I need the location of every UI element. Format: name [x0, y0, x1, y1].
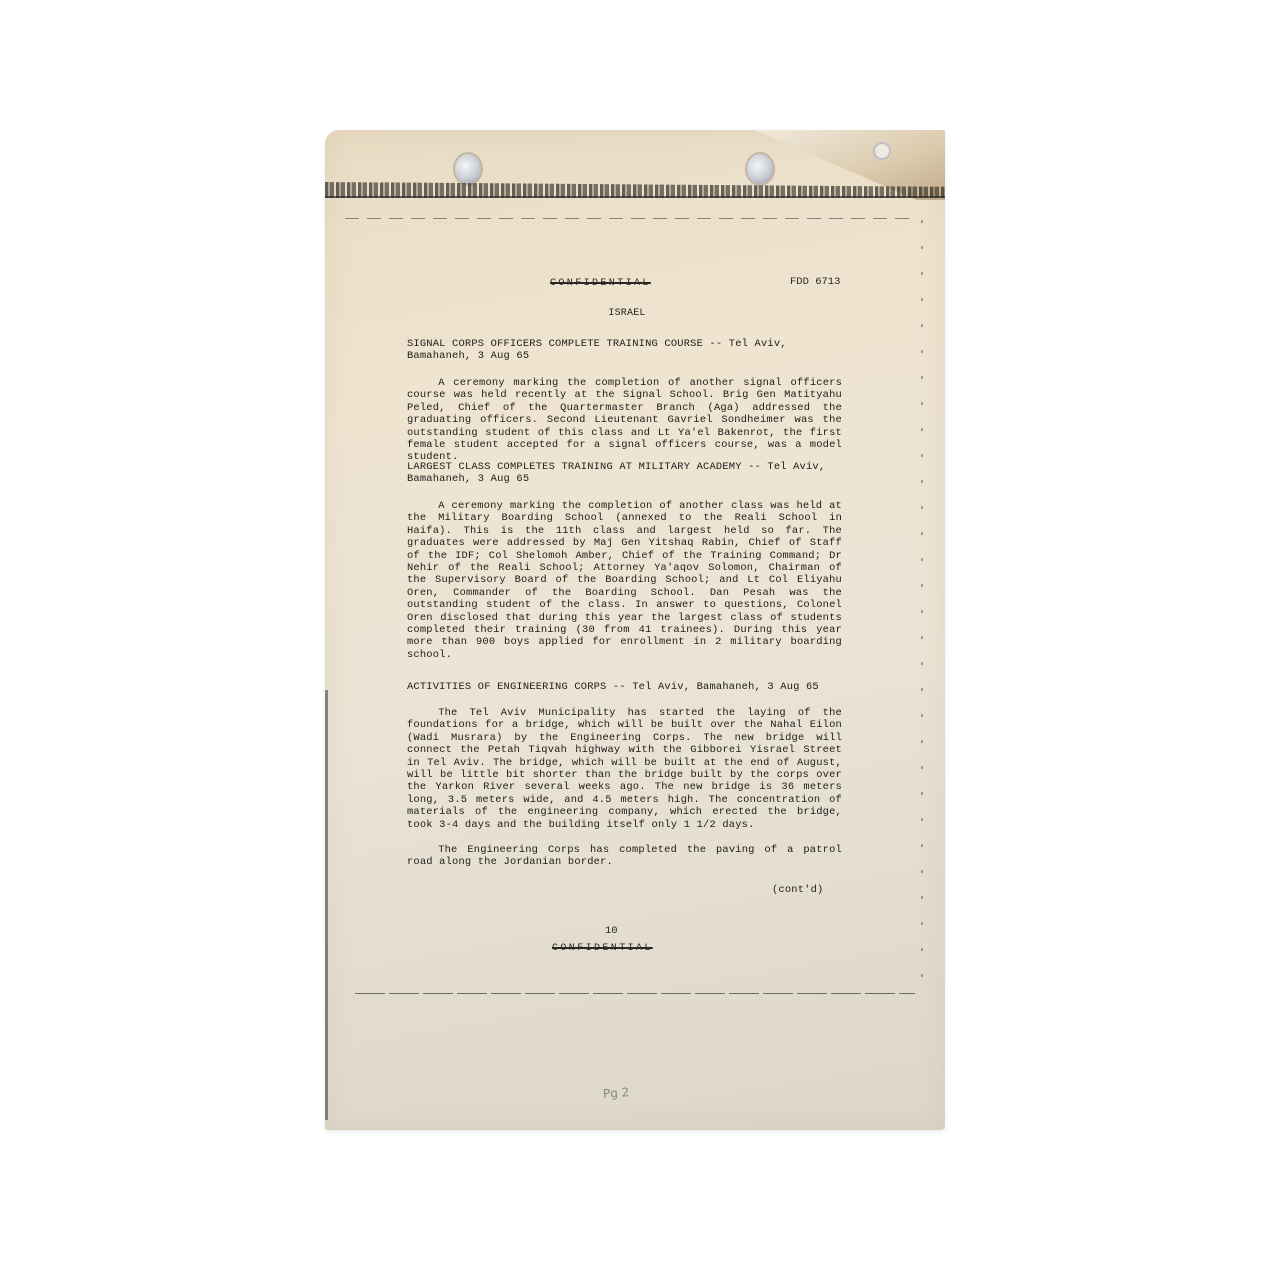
classification-header: CONFIDENTIAL: [550, 278, 651, 289]
article-3-headline: ACTIVITIES OF ENGINEERING CORPS -- Tel A…: [407, 681, 847, 693]
article-3-paragraph-2: The Engineering Corps has completed the …: [407, 844, 842, 869]
rivet-hole-icon: [873, 142, 891, 160]
classification-footer: CONFIDENTIAL: [552, 943, 653, 954]
page-edge-shadow: [325, 690, 328, 1120]
rivet-icon: [747, 154, 773, 184]
page-number: 10: [605, 925, 618, 937]
article-1-paragraph: A ceremony marking the completion of ano…: [407, 377, 842, 464]
article-3-paragraph-1: The Tel Aviv Municipality has started th…: [407, 707, 842, 831]
footer-rule: [355, 993, 915, 994]
handwritten-note: Pg 2: [603, 1085, 630, 1101]
document-page: CONFIDENTIAL FDD 6713 ISRAEL SIGNAL CORP…: [325, 130, 945, 1130]
margin-marks: [921, 220, 923, 1000]
article-2-headline: LARGEST CLASS COMPLETES TRAINING AT MILI…: [407, 461, 847, 486]
header-rule: [345, 218, 915, 219]
binding-line: [325, 196, 945, 198]
country-heading: ISRAEL: [407, 308, 847, 320]
continued-marker: (cont'd): [772, 884, 823, 896]
document-id: FDD 6713: [790, 276, 840, 288]
rivet-icon: [455, 154, 481, 184]
article-1-headline: SIGNAL CORPS OFFICERS COMPLETE TRAINING …: [407, 338, 847, 363]
article-2-paragraph: A ceremony marking the completion of ano…: [407, 500, 842, 661]
